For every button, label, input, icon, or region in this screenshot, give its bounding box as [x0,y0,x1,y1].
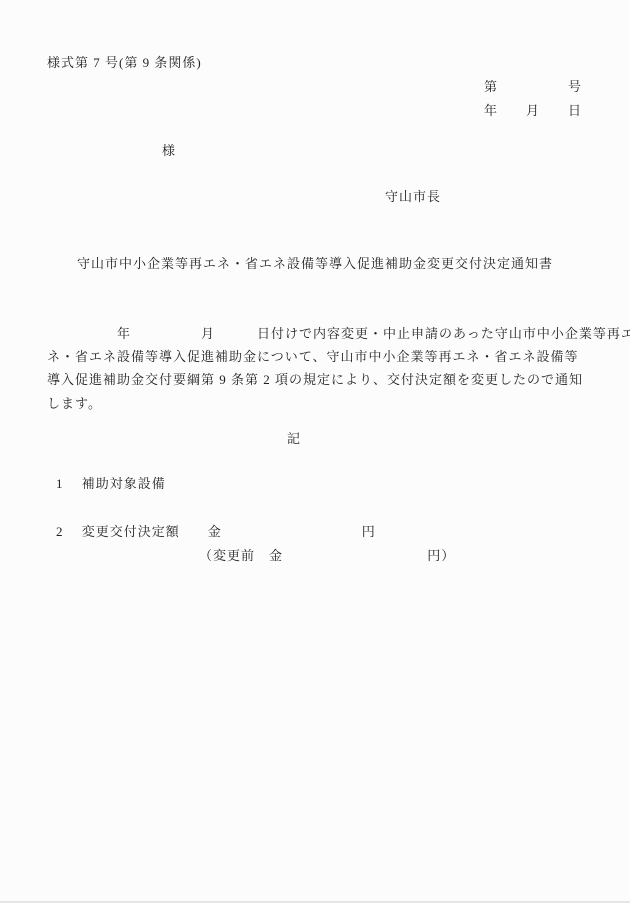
sender-title: 守山市長 [385,188,441,205]
body-line-4: します。 [47,392,630,415]
item-pre-change-amount: （変更前 金 円） [199,547,455,564]
document-number-line: 第 号 [484,78,582,95]
record-marker: 記 [287,430,301,447]
document-page: 様式第 7 号(第 9 条関係) 第 号 年 月 日 様 守山市長 守山市中小企… [0,0,630,903]
document-date-line: 年 月 日 [484,102,582,119]
item-subsidy-target-equipment: 1 補助対象設備 [56,475,166,492]
form-label: 様式第 7 号(第 9 条関係) [47,54,202,71]
item-changed-grant-amount: 2 変更交付決定額 金 円 [56,523,376,540]
document-title: 守山市中小企業等再エネ・省エネ設備等導入促進補助金変更交付決定通知書 [0,255,630,272]
body-line-1: 年 月 日付けで内容変更・中止申請のあった守山市中小企業等再エ [47,322,630,345]
body-line-3: 導入促進補助金交付要綱第 9 条第 2 項の規定により、交付決定額を変更したので… [47,368,630,391]
body-line-2: ネ・省エネ設備等導入促進補助金について、守山市中小企業等再エネ・省エネ設備等 [47,345,630,368]
body-paragraph: 年 月 日付けで内容変更・中止申請のあった守山市中小企業等再エ ネ・省エネ設備等… [47,322,630,415]
addressee-honorific: 様 [162,142,176,159]
